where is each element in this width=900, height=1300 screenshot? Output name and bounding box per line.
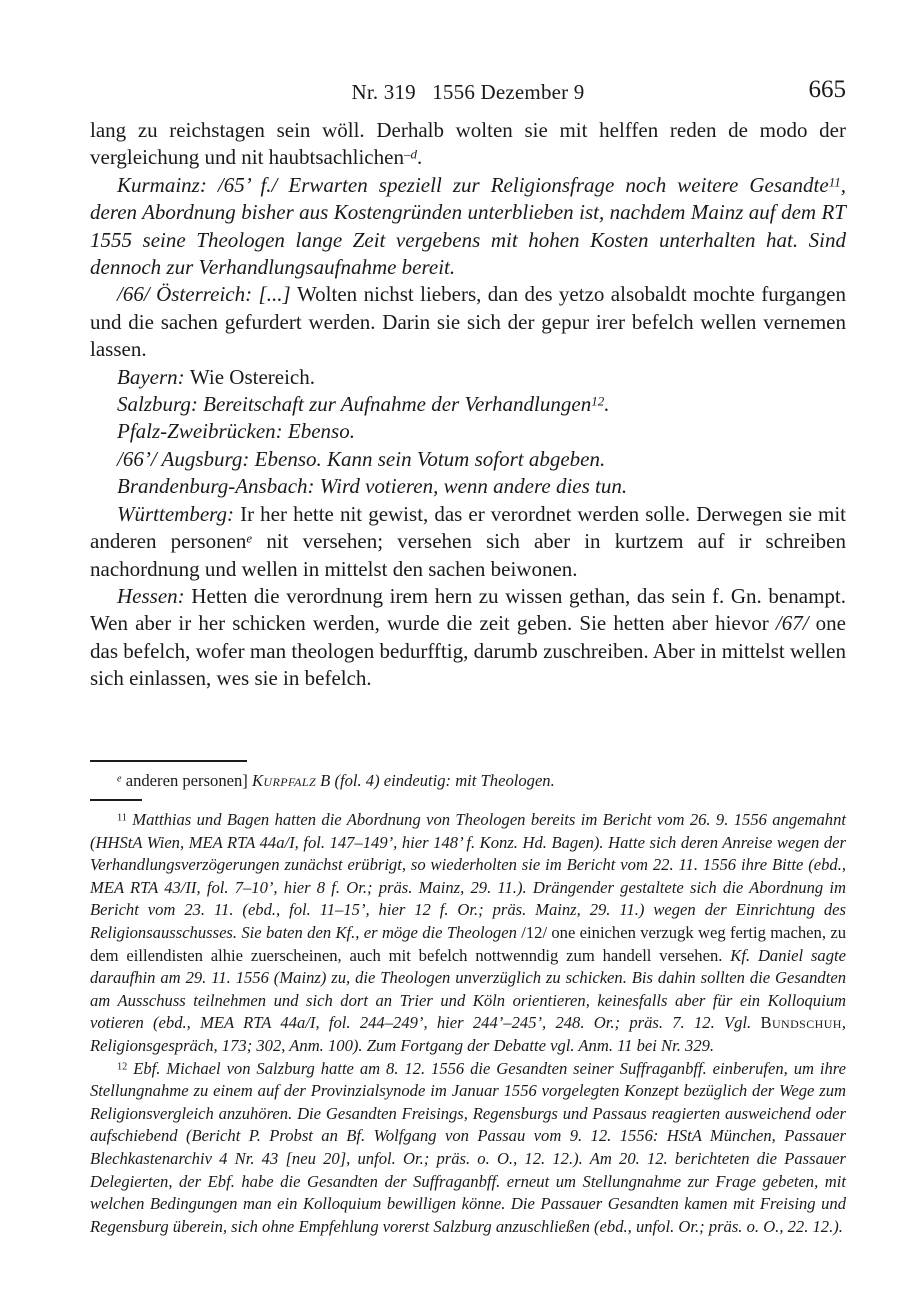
- paragraph: Pfalz-Zweibrücken: Ebenso.: [90, 418, 846, 445]
- text-run: Kurmainz: /65’ f./ Erwarten speziell zur…: [117, 173, 829, 197]
- text-run: Bayern:: [117, 365, 190, 389]
- footnote: 12 Ebf. Michael von Salzburg hatte am 8.…: [90, 1058, 846, 1239]
- paragraph: /66/ Österreich: [...] Wolten nichst lie…: [90, 281, 846, 363]
- paragraph: Bayern: Wie Ostereich.: [90, 364, 846, 391]
- footnotes-section: 11 Matthias und Bagen hatten die Abordnu…: [90, 799, 846, 1238]
- paragraph: /66’/ Augsburg: Ebenso. Kann sein Votum …: [90, 446, 846, 473]
- paragraph: Württemberg: Ir her hette nit gewist, da…: [90, 501, 846, 583]
- book-page: Nr. 319 1556 Dezember 9 665 lang zu reic…: [0, 0, 900, 1300]
- text-run: –d: [404, 147, 417, 162]
- text-run: /66’/ Augsburg: Ebenso. Kann sein Votum …: [117, 447, 605, 471]
- paragraph: Kurmainz: /65’ f./ Erwarten speziell zur…: [90, 172, 846, 282]
- text-run: B (fol. 4) eindeutig: mit Theologen.: [316, 771, 555, 790]
- text-run: .: [417, 145, 422, 169]
- text-run: Württemberg:: [117, 502, 240, 526]
- paragraph: lang zu reichstagen sein wöll. Derhalb w…: [90, 117, 846, 172]
- running-head: Nr. 319 1556 Dezember 9 665: [90, 80, 846, 110]
- critical-apparatus: e anderen personen] Kurpfalz B (fol. 4) …: [90, 760, 846, 793]
- text-run: .: [604, 392, 609, 416]
- text-run: Wie Ostereich.: [190, 365, 315, 389]
- apparatus-separator-rule: [90, 760, 247, 762]
- text-run: anderen personen]: [122, 771, 252, 790]
- text-run: Salzburg: Bereitschaft zur Aufnahme der …: [117, 392, 591, 416]
- text-run: 11: [117, 813, 127, 824]
- text-run: Bundschuh: [761, 1013, 842, 1032]
- text-run: Brandenburg-Ansbach: Wird votieren, wenn…: [117, 474, 627, 498]
- paragraph: Brandenburg-Ansbach: Wird votieren, wenn…: [90, 473, 846, 500]
- text-run: 12: [591, 394, 604, 409]
- apparatus-note-e: e anderen personen] Kurpfalz B (fol. 4) …: [90, 770, 846, 793]
- footnote-list: 11 Matthias und Bagen hatten die Abordnu…: [90, 809, 846, 1238]
- paragraph: Salzburg: Bereitschaft zur Aufnahme der …: [90, 391, 846, 418]
- text-run: 12: [117, 1061, 127, 1072]
- text-run: /66/ Österreich: [...]: [117, 282, 297, 306]
- footnote: 11 Matthias und Bagen hatten die Abordnu…: [90, 809, 846, 1058]
- text-run: Hetten die verordnung irem hern zu wisse…: [90, 584, 846, 635]
- text-run: Hessen:: [117, 584, 191, 608]
- text-run: 11: [829, 174, 841, 189]
- text-run: Pfalz-Zweibrücken: Ebenso.: [117, 419, 355, 443]
- page-number: 665: [809, 76, 847, 104]
- text-run: Kurpfalz: [252, 771, 316, 790]
- text-run: Ebf. Michael von Salzburg hatte am 8. 12…: [90, 1059, 846, 1236]
- running-head-caption: Nr. 319 1556 Dezember 9: [90, 80, 846, 105]
- main-text: lang zu reichstagen sein wöll. Derhalb w…: [90, 117, 846, 693]
- footnote-separator-rule: [90, 799, 142, 801]
- paragraph: Hessen: Hetten die verordnung irem hern …: [90, 583, 846, 693]
- text-run: lang zu reichstagen sein wöll. Derhalb w…: [90, 118, 846, 169]
- text-run: /67/: [776, 611, 816, 635]
